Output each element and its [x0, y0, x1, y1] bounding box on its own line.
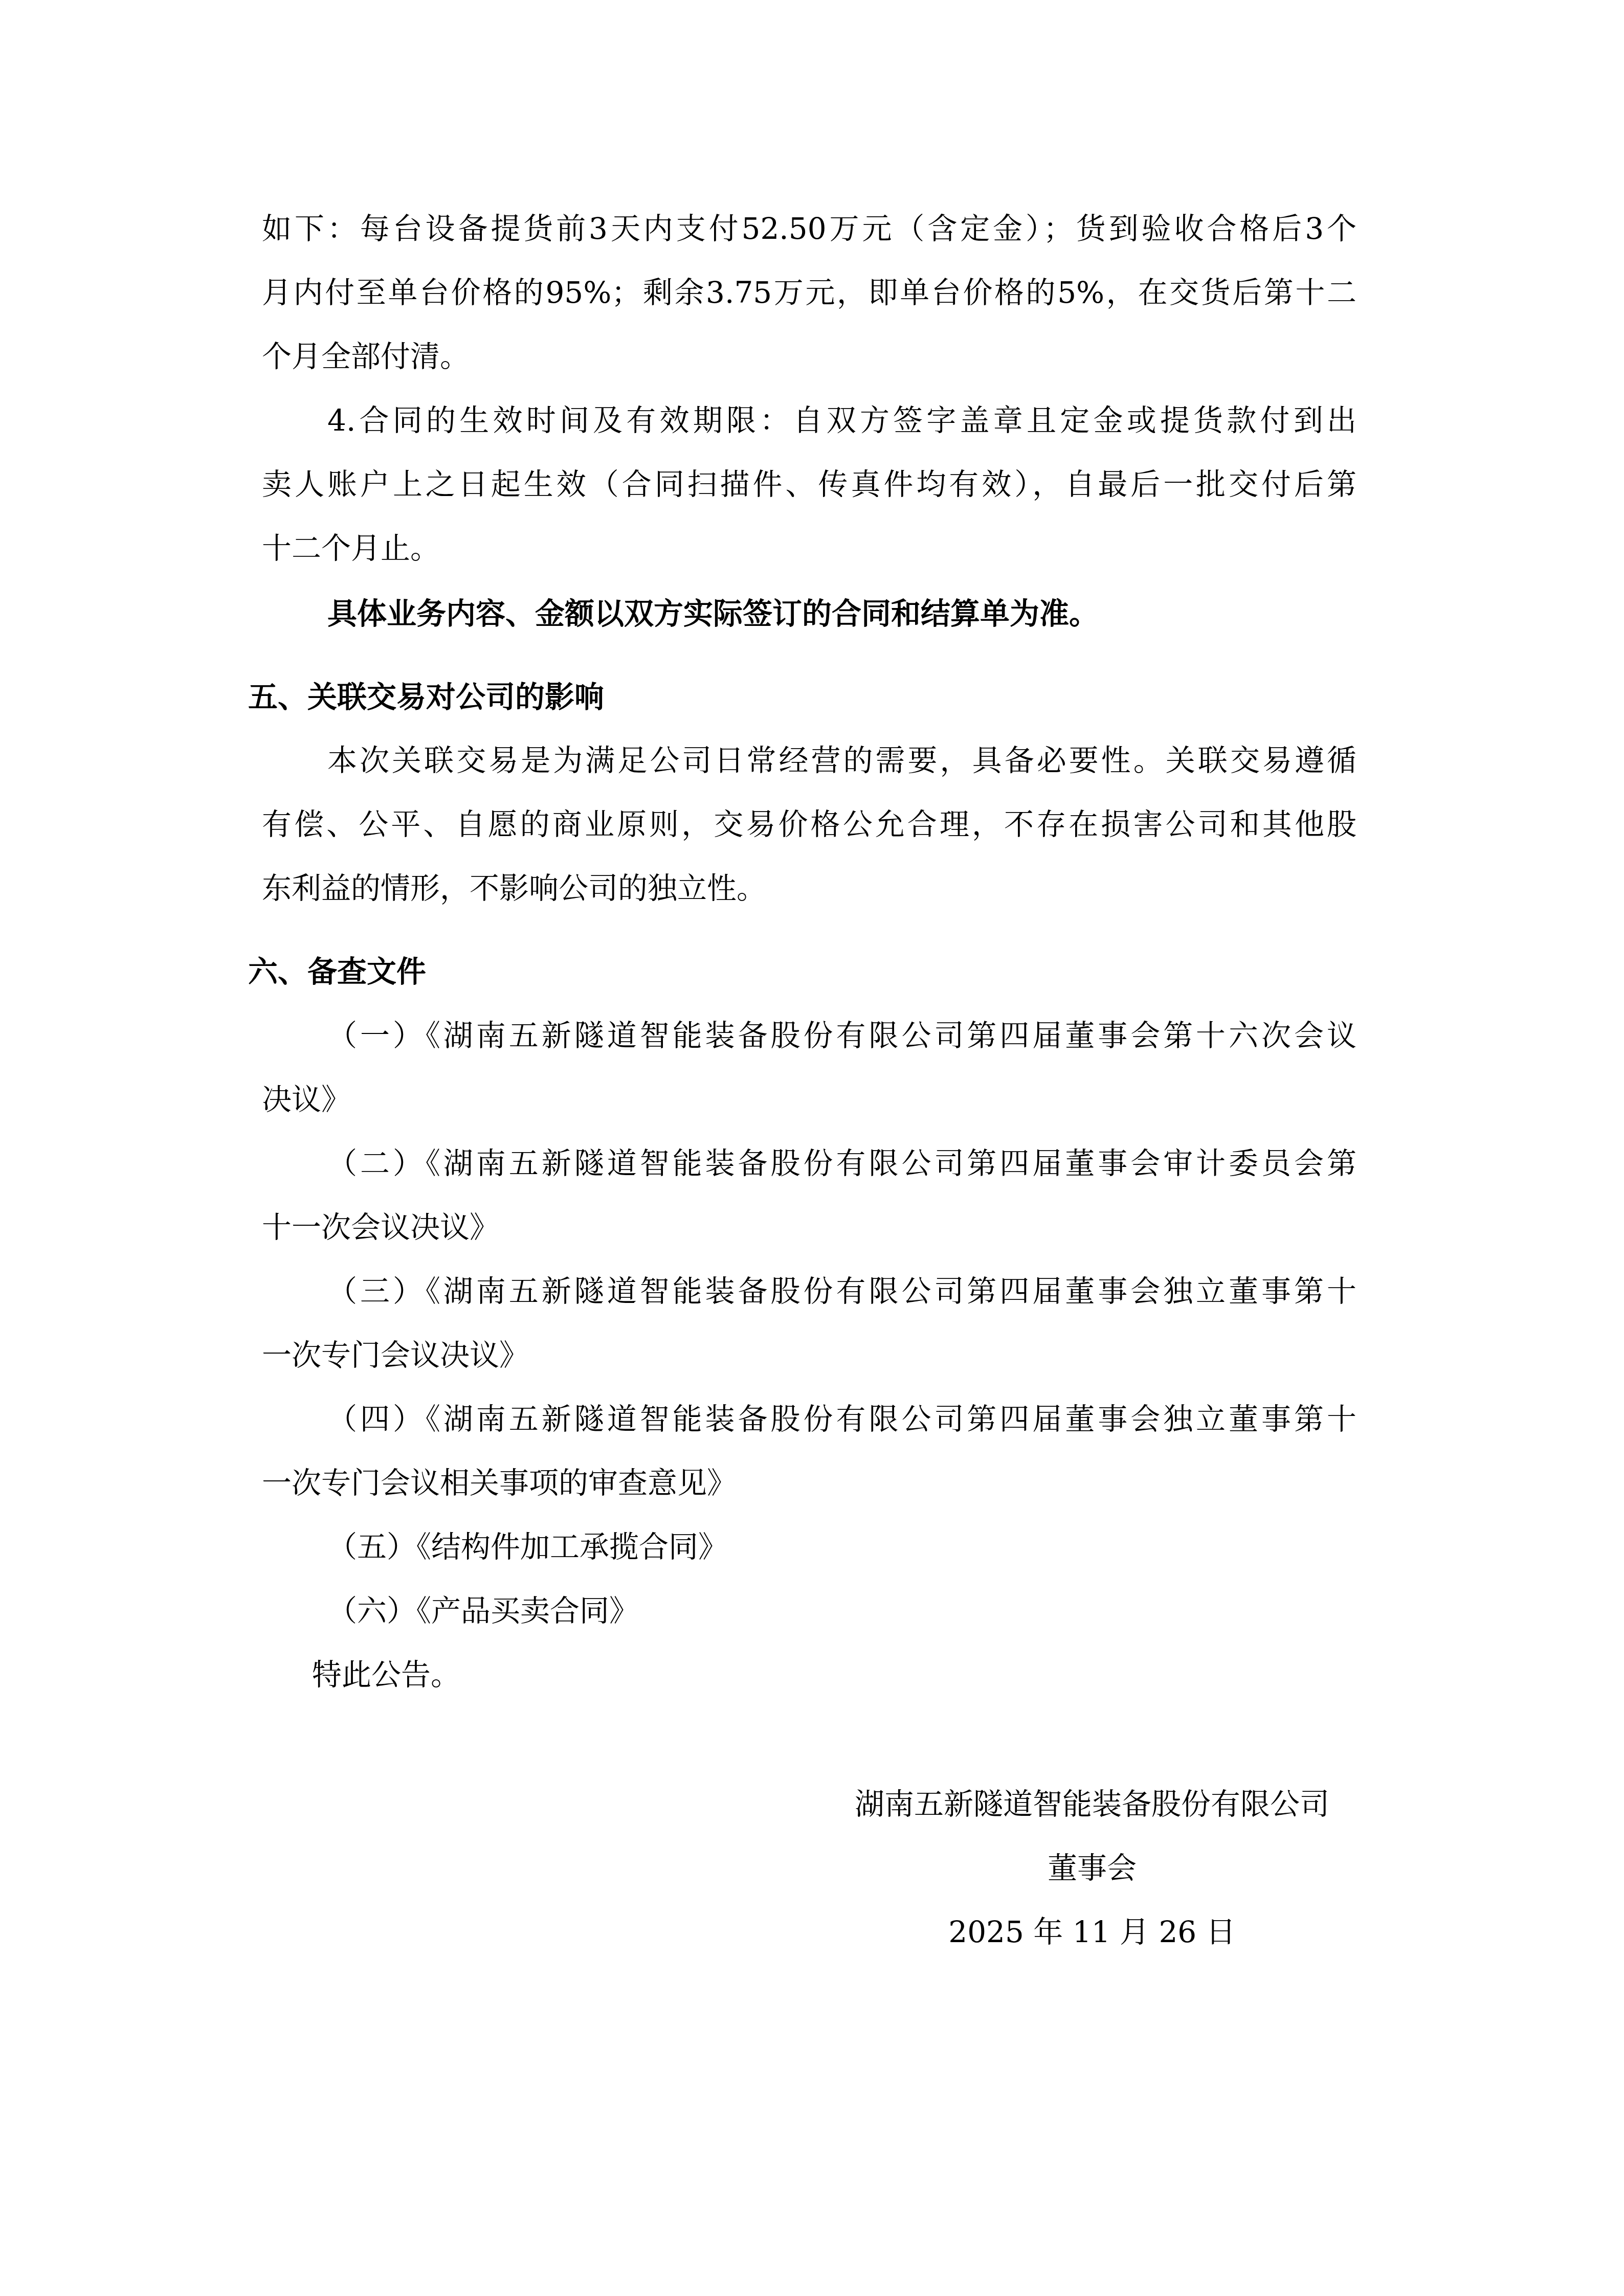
validity-line-1: 4.合同的生效时间及有效期限：自双方签字盖章且定金或提货款付到出 [327, 402, 1356, 438]
signature-board: 董事会 [795, 1850, 1389, 1886]
document-page: 如下：每台设备提货前3天内支付52.50万元（含定金）；货到验收合格后3个 月内… [0, 0, 1624, 2296]
payment-line-3: 个月全部付清。 [262, 339, 470, 374]
signature-date: 2025 年 11 月 26 日 [795, 1914, 1389, 1950]
section5-body-line-1: 本次关联交易是为满足公司日常经营的需要，具备必要性。关联交易遵循 [327, 742, 1356, 778]
payment-line-1: 如下：每台设备提货前3天内支付52.50万元（含定金）；货到验收合格后3个 [262, 211, 1356, 246]
section5-body-line-3: 东利益的情形，不影响公司的独立性。 [262, 870, 766, 906]
section6-heading: 六、备查文件 [248, 954, 426, 989]
bold-note: 具体业务内容、金额以双方实际签订的合同和结算单为准。 [327, 596, 1099, 632]
attachment-6: （六）《产品买卖合同》 [327, 1593, 639, 1629]
section5-heading: 五、关联交易对公司的影响 [248, 679, 604, 715]
payment-line-2: 月内付至单台价格的95%；剩余3.75万元，即单台价格的5%，在交货后第十二 [262, 275, 1356, 310]
closing-text: 特此公告。 [312, 1657, 460, 1693]
validity-line-3: 十二个月止。 [262, 530, 440, 566]
attachment-3-line-2: 一次专门会议决议》 [262, 1337, 529, 1373]
attachment-5: （五）《结构件加工承揽合同》 [327, 1529, 728, 1565]
attachment-2-line-2: 十一次会议决议》 [262, 1209, 499, 1245]
attachment-1-line-2: 决议》 [262, 1082, 351, 1117]
attachment-4-line-2: 一次专门会议相关事项的审查意见》 [262, 1465, 737, 1501]
attachment-4-line-1: （四）《湖南五新隧道智能装备股份有限公司第四届董事会独立董事第十 [327, 1401, 1356, 1437]
attachment-3-line-1: （三）《湖南五新隧道智能装备股份有限公司第四届董事会独立董事第十 [327, 1273, 1356, 1309]
validity-line-2: 卖人账户上之日起生效（合同扫描件、传真件均有效），自最后一批交付后第 [262, 466, 1356, 502]
section5-body-line-2: 有偿、公平、自愿的商业原则，交易价格公允合理，不存在损害公司和其他股 [262, 806, 1356, 842]
attachment-2-line-1: （二）《湖南五新隧道智能装备股份有限公司第四届董事会审计委员会第 [327, 1145, 1356, 1181]
signature-company: 湖南五新隧道智能装备股份有限公司 [795, 1786, 1389, 1822]
attachment-1-line-1: （一）《湖南五新隧道智能装备股份有限公司第四届董事会第十六次会议 [327, 1018, 1356, 1053]
